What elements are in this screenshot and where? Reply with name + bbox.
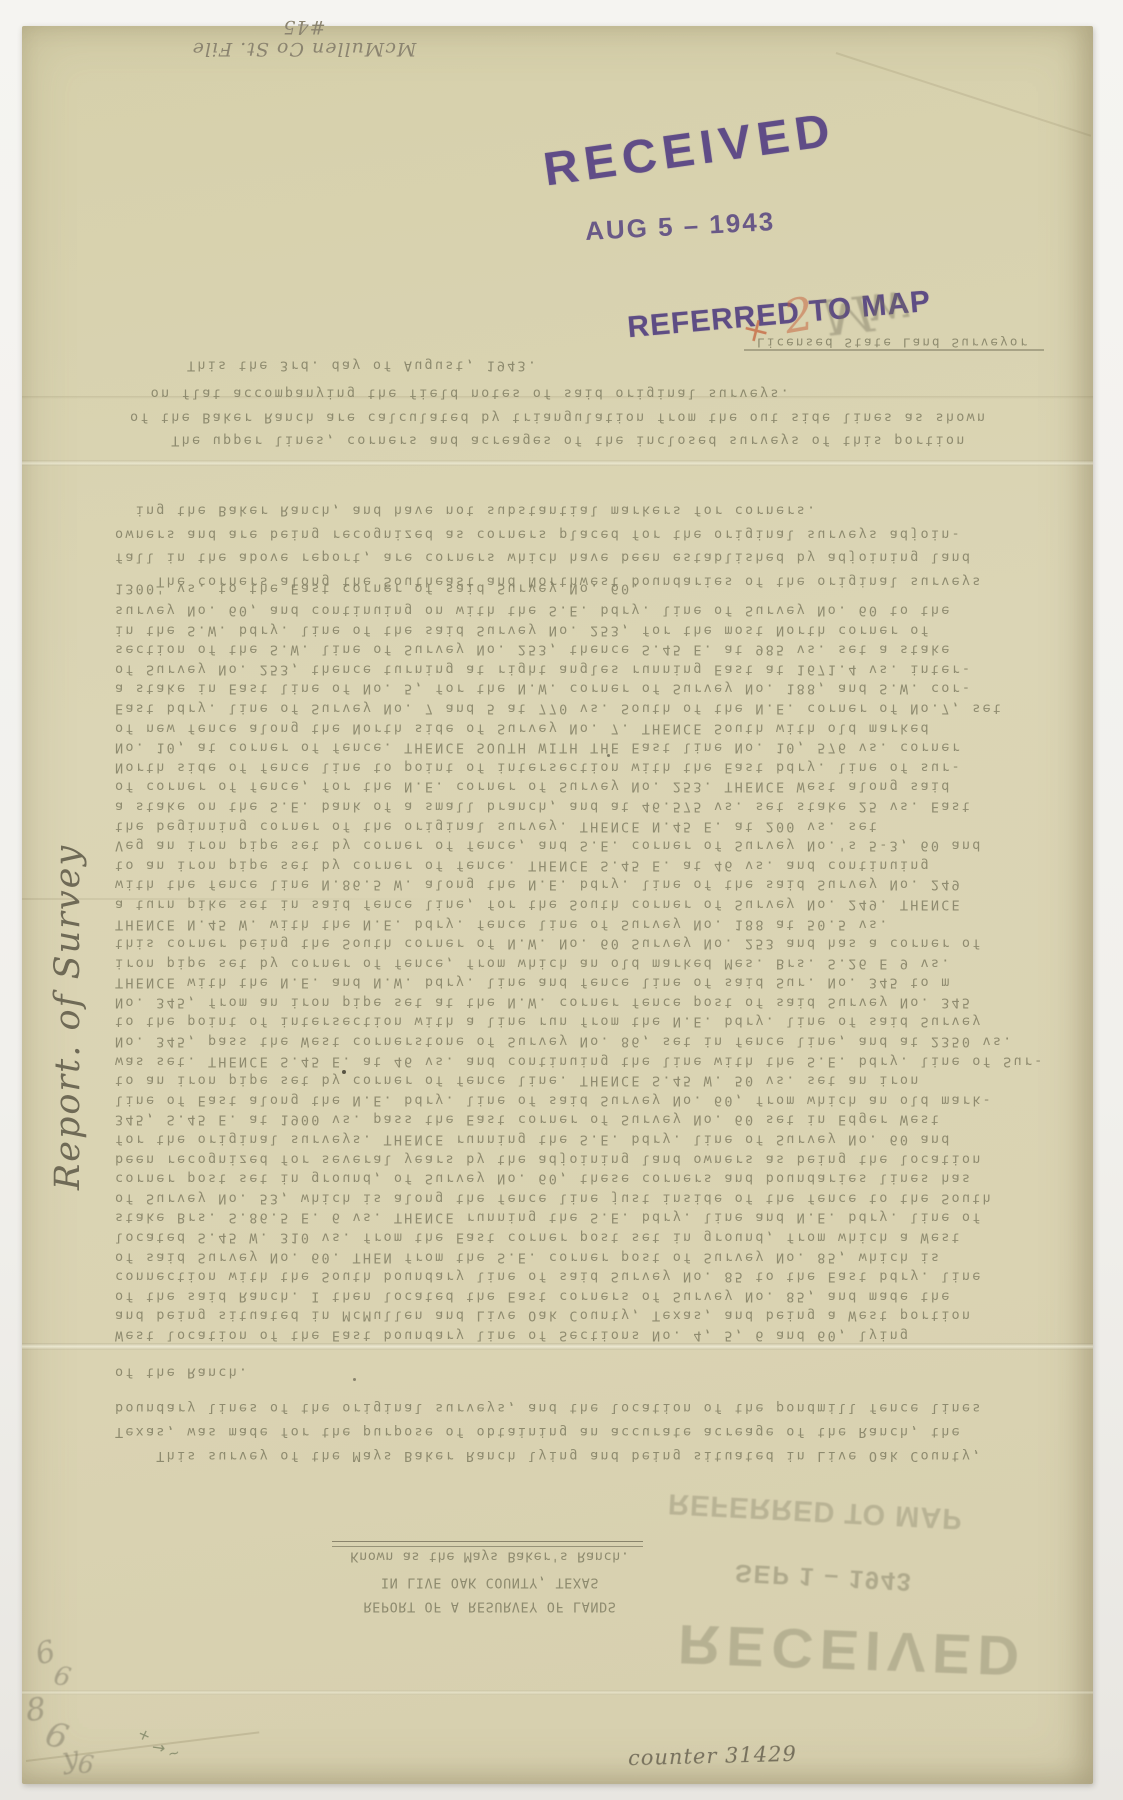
bleed-text-line: to an iron pipe set by corner of fence l… bbox=[115, 1070, 1045, 1090]
bleed-text-line: stake Brs. S.86.5 E. 6 vs. THENCE runnin… bbox=[115, 1207, 1045, 1227]
bleed-text-line: iron pipe set by corner of fence, from w… bbox=[115, 953, 1045, 973]
bleed-text-line: with the fence line N.86.5 W. along the … bbox=[115, 874, 1045, 894]
bleed-heading-title: REPORT OF A RESURVEY OF LANDS bbox=[345, 1596, 635, 1616]
bleed-text-line: THENCE N.45 W. with the N.E. bdry. fence… bbox=[115, 914, 1045, 934]
top-pencil-note: McMullen Co St. File #45 bbox=[186, 16, 422, 60]
bleed-text-line: of the Ranch. bbox=[115, 1362, 249, 1382]
bleed-text-line: on flat accompanying the field notes of … bbox=[130, 381, 987, 405]
bleed-text-line: North side of fence line to point of int… bbox=[115, 757, 1045, 777]
bleed-signature-scrawl: Mw bbox=[819, 280, 907, 346]
bleed-text-line: corner post set in ground, of Survey No.… bbox=[115, 1168, 1045, 1188]
bleed-text-line: West location of the East boundary line … bbox=[115, 1325, 1045, 1345]
bleed-text-line: line of East along the N.E. bdry. line o… bbox=[115, 1090, 1045, 1110]
bleed-text-line: to the point of intersection with a line… bbox=[115, 1011, 1045, 1031]
bleed-text-line: of Survey No. 253, thence turning at rig… bbox=[115, 659, 1045, 679]
corner-scribble: 6 bbox=[77, 1749, 96, 1780]
bleed-text-line: No. 345, pass the West cornerstone of Su… bbox=[115, 1031, 1045, 1051]
ink-speck bbox=[353, 1378, 356, 1381]
bleed-text-line: been recognized for several years by the… bbox=[115, 1149, 1045, 1169]
bleed-text-line: Veg an iron pipe set by corner of fence,… bbox=[115, 835, 1045, 855]
corner-scribble: 8 bbox=[24, 1691, 47, 1729]
bleed-text-line: a stake in East line of No. 5, for the N… bbox=[115, 678, 1045, 698]
bleed-text-line: for the original surveys. THENCE running… bbox=[115, 1129, 1045, 1149]
bleed-heading-county: IN LIVE OAK COUNTY, TEXAS bbox=[360, 1572, 620, 1592]
ink-speck bbox=[607, 754, 610, 757]
bleed-text-line: Texas, was made for the purpose of obtai… bbox=[115, 1420, 983, 1444]
bleed-text-line: the beginning corner of the original sur… bbox=[115, 816, 1045, 836]
report-of-survey-note: Report. of Survey bbox=[48, 832, 102, 1202]
bleed-paragraph: boundary lines of the original surveys, … bbox=[115, 1396, 983, 1468]
bleed-text-line: located S.45 W. 310 vs. from the East co… bbox=[115, 1227, 1045, 1247]
ink-speck bbox=[342, 1070, 346, 1074]
bleed-text-line: No. 10, at corner of fence. THENCE SOUTH… bbox=[115, 737, 1045, 757]
received-stamp-bleed: RECEIVED bbox=[677, 1612, 1027, 1689]
bleed-text-line: of new fence along the North side of Sur… bbox=[115, 718, 1045, 738]
bleed-text-line: of the said Ranch. I then located the Ea… bbox=[115, 1286, 1045, 1306]
bleed-text-line: of said Survey No. 60. THEN from the S.E… bbox=[115, 1247, 1045, 1267]
bleed-text-line: and being situated in McMullen and Live … bbox=[115, 1305, 1045, 1325]
bleed-text-line: of the Baker Ranch are calculated by tri… bbox=[130, 405, 987, 429]
bleed-text-line: East bdry. line of Survey No. 7 and 5 at… bbox=[115, 698, 1045, 718]
bleed-paragraph: on flat accompanying the field notes of … bbox=[130, 381, 987, 452]
bleed-text-line: survey No. 60, and continuing on with th… bbox=[115, 600, 1045, 620]
bleed-text-line: this corner being the South corner of N.… bbox=[115, 933, 1045, 953]
bleed-text-line: a turn pike set in said fence line, for … bbox=[115, 894, 1045, 914]
bleed-text-line: 1300' vs. to the East corner of said Sur… bbox=[115, 578, 642, 598]
bleed-text-line: to an iron pipe set by corner of fence. … bbox=[115, 855, 1045, 875]
counter-number-note: counter 31429 bbox=[628, 1742, 797, 1770]
bleed-text-line: a stake on the S.E. bank of a small bran… bbox=[115, 796, 1045, 816]
bleed-text-line: in the S.W. bdry. line of the said Surve… bbox=[115, 620, 1045, 640]
bleed-text-line: of Survey No. 53, which is along the fen… bbox=[115, 1188, 1045, 1208]
bleed-text-line: 345, S.45 E. at 1900 vs. pass the East c… bbox=[115, 1109, 1045, 1129]
bleed-text-line: fall in the above report, are corners wh… bbox=[115, 545, 983, 569]
bleed-text-line: This survey of the Mays Baker Ranch lyin… bbox=[115, 1444, 983, 1468]
bleed-date-line: This the 3rd. day of August, 1943. bbox=[187, 355, 538, 375]
bleed-text-line: No. 345, from an iron pipe set at the N.… bbox=[115, 992, 1045, 1012]
bleed-text-line: ing the Baker Ranch, and have not substa… bbox=[115, 498, 983, 522]
bleed-text-line: connection with the South boundary line … bbox=[115, 1266, 1045, 1286]
bleed-text-line: owners and are being recognized as corne… bbox=[115, 522, 983, 546]
bleed-text-line: was set. THENCE S.45 E. at 46 vs. and co… bbox=[115, 1051, 1045, 1071]
bleed-text-line: section of the S.W. line of Survey No. 2… bbox=[115, 639, 1045, 659]
bleed-signature-line bbox=[744, 349, 1044, 351]
bleed-heading-subtitle: Known as the Mays Baker's Ranch. bbox=[340, 1546, 640, 1566]
bleed-text-line: THENCE with the N.E. and N.W. bdry. line… bbox=[115, 972, 1045, 992]
bleed-text-line: boundary lines of the original surveys, … bbox=[115, 1396, 983, 1420]
scanned-document: McMullen Co St. File #45 RECEIVED AUG 5 … bbox=[0, 0, 1123, 1800]
pencil-tick-mark: → bbox=[151, 1737, 167, 1758]
bleed-text-line: of corner of fence, for the N.E. corner … bbox=[115, 776, 1045, 796]
bleed-text-line: The upper lines, corners and acreages of… bbox=[130, 428, 987, 452]
bleed-body-paragraph: survey No. 60, and continuing on with th… bbox=[115, 600, 1045, 1345]
